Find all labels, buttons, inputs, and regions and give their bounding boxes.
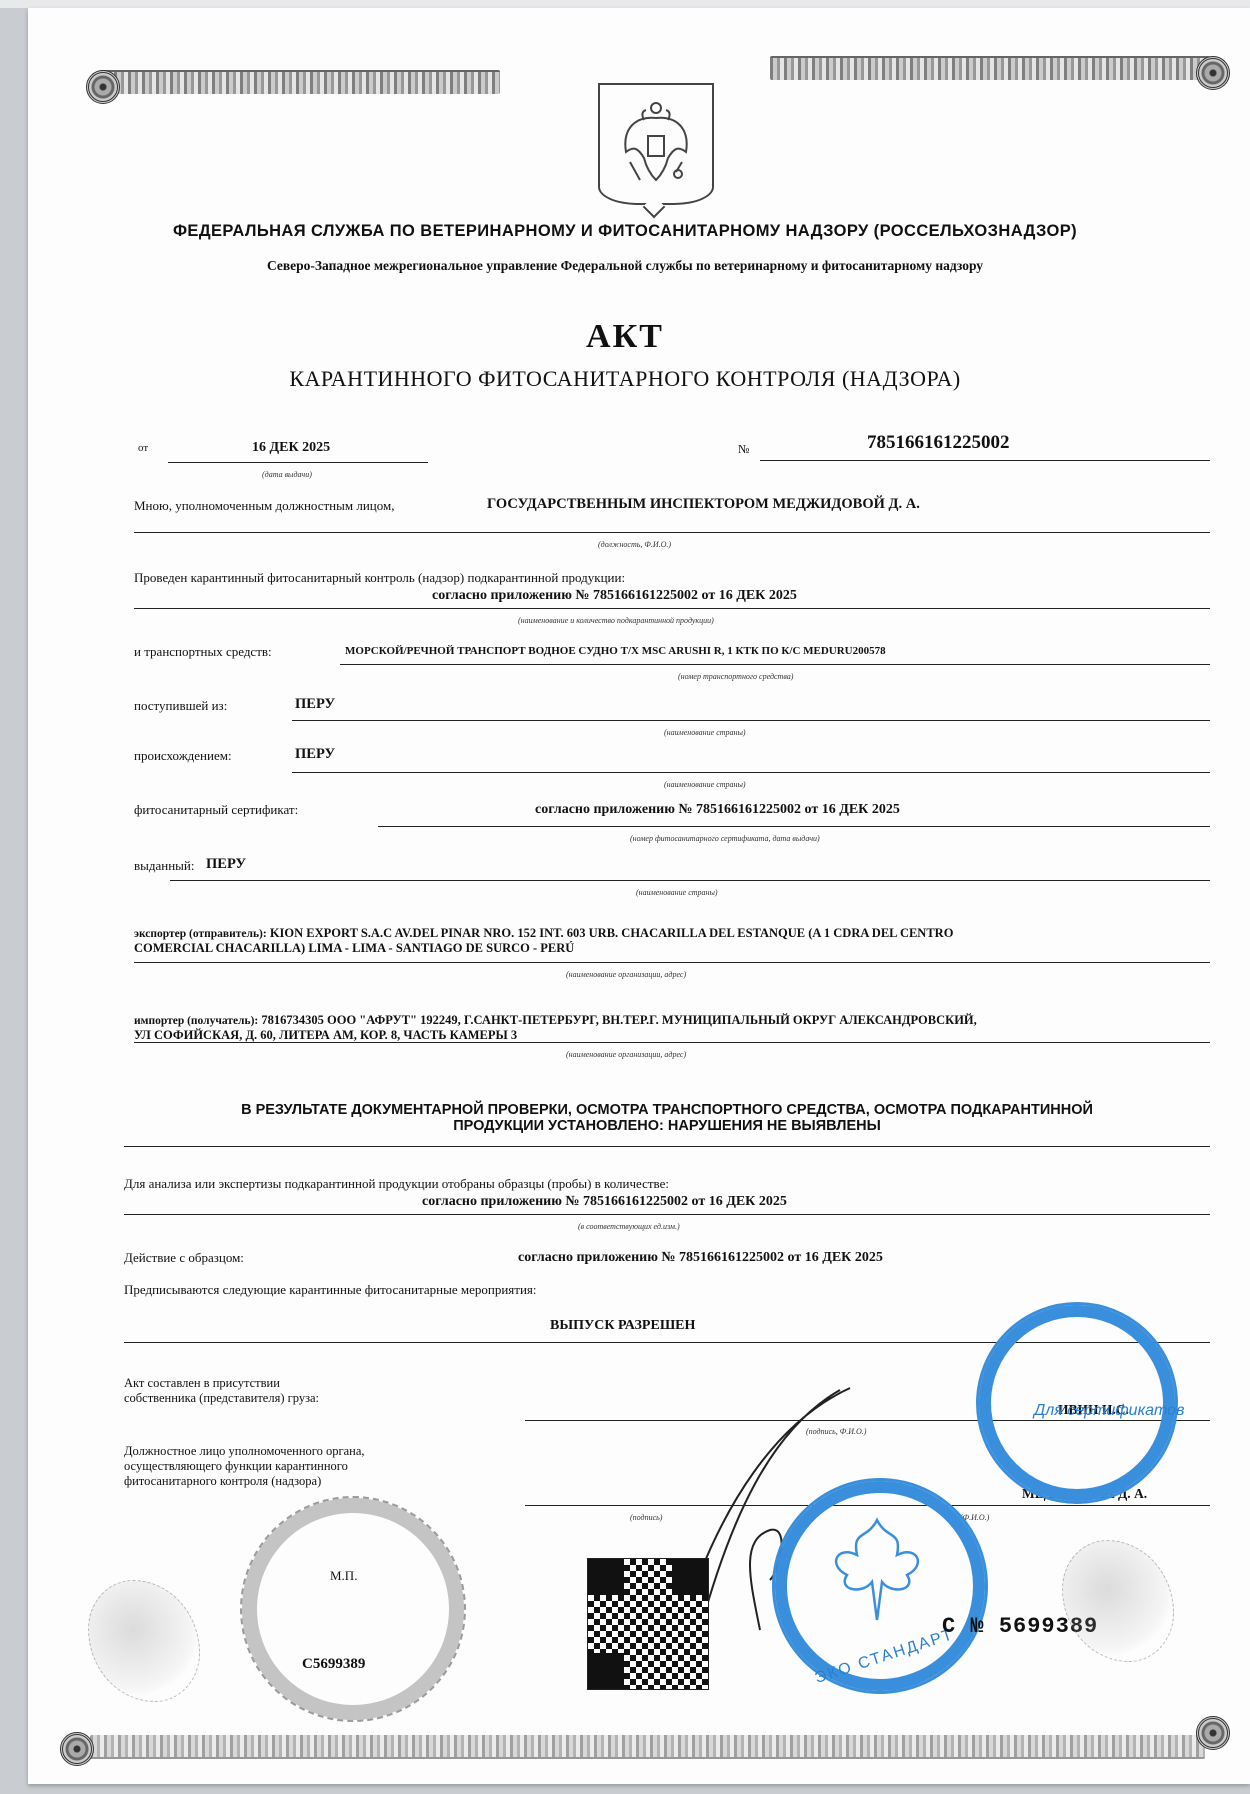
issued-caption: (наименование страны) (636, 888, 718, 897)
exporter-label: экспортер (отправитель): (134, 928, 267, 940)
transport-value: МОРСКОЙ/РЕЧНОЙ ТРАНСПОРТ ВОДНОЕ СУДНО Т/… (345, 645, 886, 657)
measures-label: Предписываются следующие карантинные фит… (124, 1282, 537, 1298)
exporter-value-line2: COMERCIAL CHACARILLA) LIMA - LIMA - SANT… (134, 941, 574, 955)
date-label: от (138, 442, 148, 454)
measures-value: ВЫПУСК РАЗРЕШЕН (550, 1318, 695, 1334)
inspector-prefix: Мною, уполномоченным должностным лицом, (134, 498, 394, 514)
samples-label: Для анализа или экспертизы подкарантинно… (124, 1176, 669, 1192)
cert-label: фитосанитарный сертификат: (134, 802, 298, 818)
form-series: С (942, 1614, 956, 1639)
document-title: АКТ (0, 318, 1250, 356)
transport-caption: (номер транспортного средства) (678, 672, 793, 681)
official-label-line2: осуществляющего функции карантинного (124, 1459, 365, 1474)
result-underline (124, 1146, 1210, 1147)
cert-caption: (номер фитосанитарного сертификата, дата… (630, 834, 820, 843)
cert-value: согласно приложению № 785166161225002 от… (535, 802, 900, 818)
stamp1-center-text: Для сертификатов (1034, 1402, 1184, 1420)
official-label-line1: Должностное лицо уполномоченного органа, (124, 1444, 365, 1459)
top-left-ornament-band (100, 70, 500, 94)
samples-caption: (в соответствующих ед.изм.) (578, 1222, 680, 1231)
importer-value-line2: УЛ СОФИЙСКАЯ, Д. 60, ЛИТЕРА АМ, КОР. 8, … (134, 1028, 517, 1042)
issued-value: ПЕРУ (206, 856, 246, 873)
official-round-seal (240, 1496, 466, 1722)
inspector-caption: (должность, Ф.И.О.) (598, 540, 671, 549)
result-line1: В РЕЗУЛЬТАТЕ ДОКУМЕНТАРНОЙ ПРОВЕРКИ, ОСМ… (124, 1102, 1210, 1118)
number-label: № (738, 442, 749, 457)
importer-block: импортер (получатель): 7816734305 ООО "А… (134, 1013, 1214, 1042)
exporter-value-line1: KION EXPORT S.A.C AV.DEL PINAR NRO. 152 … (270, 926, 954, 940)
owner-label: Акт составлен в присутствии собственника… (124, 1376, 319, 1406)
from-underline (292, 720, 1210, 721)
issued-underline (170, 880, 1210, 881)
coat-of-arms-emblem-icon (598, 83, 714, 205)
seal-number: С5699389 (302, 1656, 365, 1673)
cert-underline (378, 826, 1210, 827)
seal-mp-label: М.П. (330, 1568, 357, 1584)
maple-leaf-icon (822, 1510, 932, 1630)
transport-underline (340, 664, 1210, 665)
importer-underline (134, 1042, 1210, 1043)
official-label: Должностное лицо уполномоченного органа,… (124, 1444, 365, 1489)
control-caption: (наименование и количество подкарантинно… (518, 616, 714, 625)
document-subtitle: КАРАНТИННОГО ФИТОСАНИТАРНОГО КОНТРОЛЯ (Н… (0, 366, 1250, 392)
agency-name: ФЕДЕРАЛЬНАЯ СЛУЖБА ПО ВЕТЕРИНАРНОМУ И ФИ… (0, 222, 1250, 241)
number-underline (760, 460, 1210, 461)
control-label: Проведен карантинный фитосанитарный конт… (134, 570, 625, 586)
importer-caption: (наименование организации, адрес) (566, 1050, 686, 1059)
samples-underline (124, 1214, 1210, 1215)
origin-label: происхождением: (134, 748, 232, 764)
official-label-line3: фитосанитарного контроля (надзора) (124, 1474, 365, 1489)
top-left-rosette-icon (86, 70, 120, 104)
from-caption: (наименование страны) (664, 728, 746, 737)
bottom-right-rosette-icon (1196, 1716, 1230, 1750)
from-label: поступившей из: (134, 698, 227, 714)
control-underline (134, 608, 1210, 609)
result-line2: ПРОДУКЦИИ УСТАНОВЛЕНО: НАРУШЕНИЯ НЕ ВЫЯВ… (124, 1118, 1210, 1134)
result-block: В РЕЗУЛЬТАТЕ ДОКУМЕНТАРНОЙ ПРОВЕРКИ, ОСМ… (124, 1102, 1210, 1134)
date-value: 16 ДЕК 2025 (252, 440, 330, 456)
owner-label-line1: Акт составлен в присутствии (124, 1376, 319, 1391)
exporter-caption: (наименование организации, адрес) (566, 970, 686, 979)
origin-value: ПЕРУ (295, 746, 335, 763)
inspector-value: ГОСУДАРСТВЕННЫМ ИНСПЕКТОРОМ МЕДЖИДОВОЙ Д… (487, 496, 920, 513)
document-number: 785166161225002 (867, 432, 1010, 454)
origin-caption: (наименование страны) (664, 780, 746, 789)
action-label: Действие с образцом: (124, 1250, 244, 1266)
top-right-rosette-icon (1196, 56, 1230, 90)
bottom-left-rosette-icon (60, 1732, 94, 1766)
samples-value: согласно приложению № 785166161225002 от… (422, 1194, 787, 1210)
action-value: согласно приложению № 785166161225002 от… (518, 1250, 883, 1266)
scan-top-edge (0, 0, 1250, 8)
origin-underline (292, 772, 1210, 773)
importer-label: импортер (получатель): (134, 1015, 258, 1027)
top-right-ornament-band (770, 56, 1210, 80)
bottom-ornament-band (90, 1735, 1205, 1759)
date-underline (168, 462, 428, 463)
double-headed-eagle-icon (616, 98, 696, 190)
control-value: согласно приложению № 785166161225002 от… (432, 588, 797, 604)
transport-label: и транспортных средств: (134, 644, 272, 660)
from-value: ПЕРУ (295, 696, 335, 713)
date-caption: (дата выдачи) (262, 470, 312, 479)
department-name: Северо-Западное межрегиональное управлен… (0, 258, 1250, 274)
exporter-block: экспортер (отправитель): KION EXPORT S.A… (134, 926, 1214, 955)
importer-value-line1: 7816734305 ООО "АФРУТ" 192249, Г.САНКТ-П… (261, 1013, 976, 1027)
form-number-sign: № (970, 1614, 984, 1639)
owner-label-line2: собственника (представителя) груза: (124, 1391, 319, 1406)
inspector-underline (134, 532, 1210, 533)
qr-code[interactable] (588, 1559, 708, 1689)
exporter-underline (134, 962, 1210, 963)
issued-label: выданный: (134, 858, 194, 874)
